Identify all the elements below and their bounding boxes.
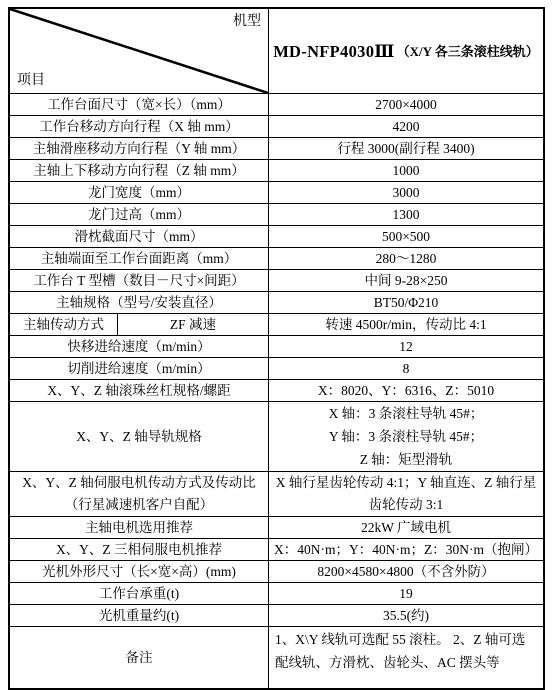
table-row-table-load: 工作台承重(t) 19 [10,582,543,604]
model-code: MD-NFP4030Ⅲ [273,41,394,62]
table-row-guide-rail: X、Y、Z 轴导轨规格 X 轴：3 条滚柱导轨 45#； Y 轴：3 条滚柱导轨… [10,401,543,471]
table-row-rapid-feed: 快移进给速度（m/min） 12 [10,335,543,357]
row-value: 中间 9-28×250 [269,270,543,291]
spec-sheet-page: 机型 项目 MD-NFP4030Ⅲ （X/Y 各三条滚柱线轨） 工作台面尺寸（宽… [0,0,552,643]
header-diagonal-cell: 机型 项目 [10,9,269,93]
row-value: 4200 [269,116,543,137]
row-value: 3000 [269,182,543,203]
row-label: 主轴电机选用推荐 [10,517,269,538]
model-note: （X/Y 各三条滚柱线轨） [397,41,539,62]
table-row-worktable-size: 工作台面尺寸（宽×长）（mm） 2700×4000 [10,93,543,115]
row-label: 光机外形尺寸（长×宽×高）(mm) [10,561,269,582]
table-row-t-slot: 工作台 T 型槽（数目－尺寸×间距） 中间 9-28×250 [10,269,543,291]
row-label: 光机重量约(t) [10,605,269,626]
table-row-servo-transmission: X、Y、Z 轴伺服电机传动方式及传动比 （行星减速机客户自配） X 轴行星齿轮传… [10,471,543,516]
row-label: 工作台 T 型槽（数目－尺寸×间距） [10,270,269,291]
row-label-split: 主轴传动方式 ZF 减速 [10,314,269,335]
row-label: 滑枕截面尺寸（mm） [10,226,269,247]
row-value: 22kW 广域电机 [269,517,543,538]
table-row-x-travel: 工作台移动方向行程（X 轴 mm） 4200 [10,115,543,137]
spec-table: 机型 项目 MD-NFP4030Ⅲ （X/Y 各三条滚柱线轨） 工作台面尺寸（宽… [8,7,545,690]
diagonal-line [10,9,268,93]
header-row: 机型 项目 MD-NFP4030Ⅲ （X/Y 各三条滚柱线轨） [10,9,543,93]
table-row-spindle-to-table: 主轴端面至工作台面距离（mm） 280～1280 [10,247,543,269]
row-label: X、Y、Z 轴伺服电机传动方式及传动比 （行星减速机客户自配） [10,472,269,516]
table-row-spindle-spec: 主轴规格（型号/安装直径） BT50/Φ210 [10,291,543,313]
row-label: 工作台面尺寸（宽×长）（mm） [10,94,269,115]
table-row-z-travel: 主轴上下移动方向行程（Z 轴 mm） 1000 [10,159,543,181]
row-value: 1300 [269,204,543,225]
row-label: 龙门过高（mm） [10,204,269,225]
row-label: X、Y、Z 三相伺服电机推荐 [10,539,269,560]
row-value: 8200×4580×4800（不含外防） [269,561,543,582]
row-label: 切削进给速度（m/min） [10,358,269,379]
row-value: 转速 4500r/min，传动比 4:1 [269,314,543,335]
row-value: X 轴：3 条滚柱导轨 45#； Y 轴：3 条滚柱导轨 45#； Z 轴：矩型… [269,402,543,471]
row-value: 280～1280 [269,248,543,269]
row-value: 1000 [269,160,543,181]
table-row-ram-section: 滑枕截面尺寸（mm） 500×500 [10,225,543,247]
row-label: 主轴上下移动方向行程（Z 轴 mm） [10,160,269,181]
row-label: X、Y、Z 轴滚珠丝杠规格/螺距 [10,380,269,401]
table-row-remarks: 备注 1、X\Y 线轨可选配 55 滚柱。 2、Z 轴可选配线轨、方滑枕、齿轮头… [10,626,543,688]
table-row-ballscrew: X、Y、Z 轴滚珠丝杠规格/螺距 X：8020、Y：6316、Z：5010 [10,379,543,401]
row-value: 500×500 [269,226,543,247]
row-label: X、Y、Z 轴导轨规格 [10,402,269,471]
row-value: 12 [269,336,543,357]
table-row-spindle-motor: 主轴电机选用推荐 22kW 广域电机 [10,516,543,538]
header-model-cell: MD-NFP4030Ⅲ （X/Y 各三条滚柱线轨） [269,9,543,93]
row-label: 工作台承重(t) [10,583,269,604]
row-value: 8 [269,358,543,379]
table-row-servo-motor: X、Y、Z 三相伺服电机推荐 X：40N·m；Y：40N·m；Z：30N·m（抱… [10,538,543,560]
row-value: 35.5(约) [269,605,543,626]
table-row-y-travel: 主轴滑座移动方向行程（Y 轴 mm） 行程 3000(副行程 3400) [10,137,543,159]
row-label: 主轴端面至工作台面距离（mm） [10,248,269,269]
row-value: 2700×4000 [269,94,543,115]
row-value: BT50/Φ210 [269,292,543,313]
row-value: X：40N·m；Y：40N·m；Z：30N·m（抱闸） [269,539,543,560]
row-value: 19 [269,583,543,604]
row-value: X：8020、Y：6316、Z：5010 [269,380,543,401]
table-row-machine-dimensions: 光机外形尺寸（长×宽×高）(mm) 8200×4580×4800（不含外防） [10,560,543,582]
row-label: 主轴滑座移动方向行程（Y 轴 mm） [10,138,269,159]
row-value: X 轴行星齿轮传动 4:1；Y 轴直连、Z 轴行星 齿轮传动 3:1 [269,472,543,516]
row-sublabel: ZF 减速 [118,314,268,335]
row-label: 工作台移动方向行程（X 轴 mm） [10,116,269,137]
row-label: 龙门宽度（mm） [10,182,269,203]
table-row-cutting-feed: 切削进给速度（m/min） 8 [10,357,543,379]
row-label: 备注 [10,627,269,688]
table-row-gantry-height: 龙门过高（mm） 1300 [10,203,543,225]
row-label: 快移进给速度（m/min） [10,336,269,357]
row-label: 主轴传动方式 [10,314,118,335]
table-row-spindle-drive: 主轴传动方式 ZF 减速 转速 4500r/min，传动比 4:1 [10,313,543,335]
row-value: 1、X\Y 线轨可选配 55 滚柱。 2、Z 轴可选配线轨、方滑枕、齿轮头、AC… [269,627,543,688]
table-row-gantry-width: 龙门宽度（mm） 3000 [10,181,543,203]
header-item-label: 项目 [17,70,45,91]
row-value: 行程 3000(副行程 3400) [269,138,543,159]
table-row-machine-weight: 光机重量约(t) 35.5(约) [10,604,543,626]
header-model-label: 机型 [233,11,261,32]
row-label: 主轴规格（型号/安装直径） [10,292,269,313]
